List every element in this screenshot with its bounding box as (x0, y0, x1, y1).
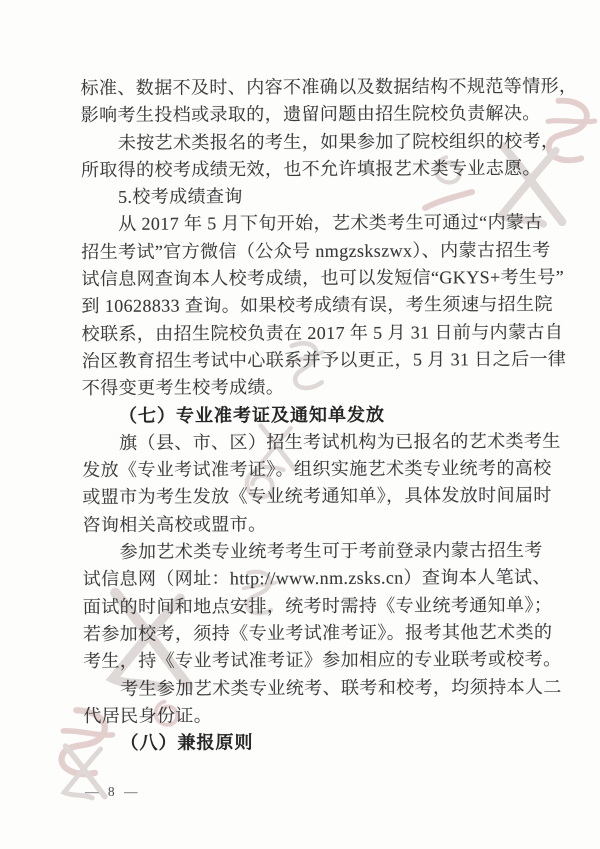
document-line: 所取得的校考成绩无效，也不允许填报艺术类专业志愿。 (81, 155, 529, 184)
document-line: 影响考生投档或录取的，遗留问题由招生院校负责解决。 (81, 100, 529, 129)
list-item-heading: 5.校考成绩查询 (81, 182, 529, 211)
document-line: 从 2017 年 5 月下旬开始，艺术类考生可通过“内蒙古 (81, 210, 529, 239)
document-line: 招生考试”官方微信（公众号 nmgzskszwx）、内蒙古招生考 (81, 237, 529, 266)
document-line: 考生，持《专业考试准考证》参加相应的专业联考或校考。 (83, 646, 531, 675)
document-line: 试信息网（网址：http://www.nm.zsks.cn）查询本人笔试、 (83, 564, 531, 593)
document-line: 咨询相关高校或盟市。 (82, 510, 530, 539)
document-line: 到 10628833 查询。如果校考成绩有误，考生须速与招生院 (81, 291, 529, 320)
page-number: — 8 — (85, 784, 141, 800)
document-body: 标准、数据不及时、内容不准确以及数据结构不规范等情形， 影响考生投档或录取的，遗… (81, 73, 532, 757)
document-line: 考生参加艺术类专业统考、联考和校考，均须持本人二 (83, 674, 531, 703)
document-line: 未按艺术类报名的考生，如果参加了院校组织的校考， (81, 128, 529, 157)
document-line: 校联系，由招生院校负责在 2017 年 5 月 31 日前与内蒙古自 (82, 319, 530, 348)
document-line: 发放《专业考试准考证》。组织实施艺术类专业统考的高校 (82, 455, 530, 484)
document-line: 治区教育招生考试中心联系并予以更正，5 月 31 日之后一律 (82, 346, 530, 375)
document-line: 试信息网查询本人校考成绩，也可以发短信“GKYS+考生号” (81, 264, 529, 293)
document-line: 旗（县、市、区）招生考试机构为已报名的艺术类考生 (82, 428, 530, 457)
document-line: 或盟市为考生发放《专业统考通知单》，具体发放时间届时 (82, 482, 530, 511)
document-line: 标准、数据不及时、内容不准确以及数据结构不规范等情形， (81, 73, 529, 102)
document-line: 不得变更考生校考成绩。 (82, 373, 530, 402)
document-line: 面试的时间和地点安排，统考时需持《专业统考通知单》； (83, 592, 531, 621)
document-line: 代居民身份证。 (83, 701, 531, 730)
section-heading-7: （七）专业准考证及通知单发放 (82, 401, 530, 430)
document-line: 参加艺术类专业统考考生可于考前登录内蒙古招生考 (83, 537, 531, 566)
scanned-document-page: 标准、数据不及时、内容不准确以及数据结构不规范等情形， 影响考生投档或录取的，遗… (0, 0, 600, 849)
document-line: 若参加校考，须持《专业考试准考证》。报考其他艺术类的 (83, 619, 531, 648)
section-heading-8: （八）兼报原则 (83, 728, 531, 757)
